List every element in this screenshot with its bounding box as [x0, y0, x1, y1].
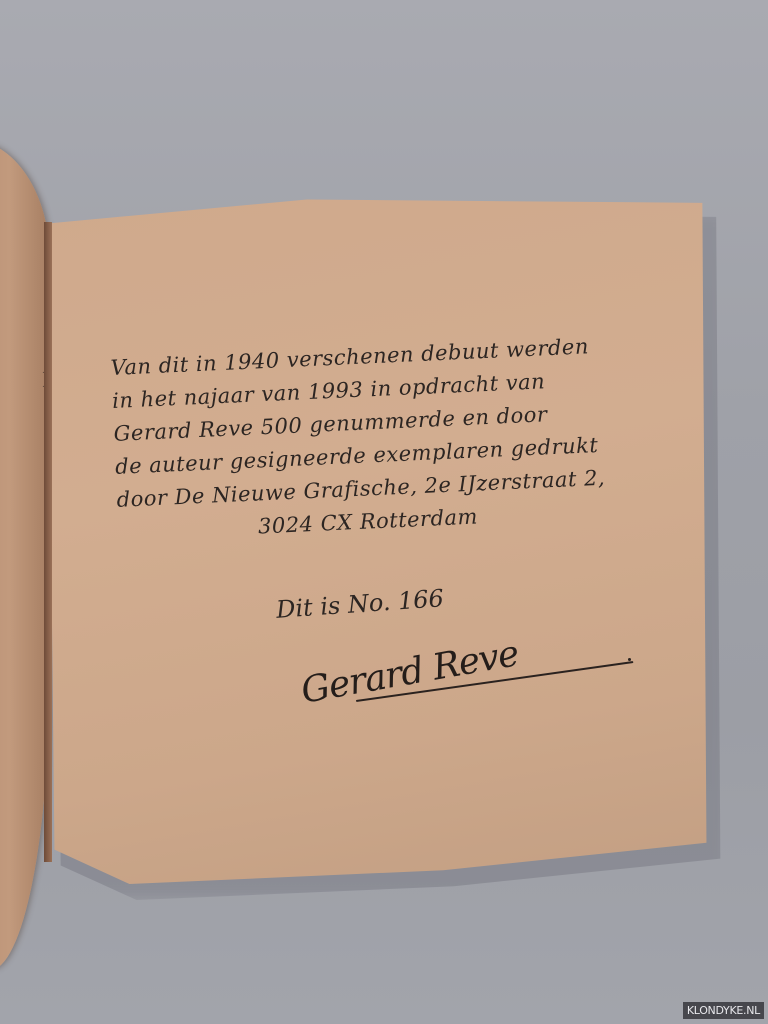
signature-dot — [628, 658, 631, 661]
photo-scene: ...nwerkt ...rugjes Van dit in 1940 vers… — [0, 0, 768, 1024]
handwritten-inscription: Van dit in 1940 verschenen debuut werden… — [110, 327, 678, 550]
watermark: KLONDYKE.NL — [683, 1002, 764, 1019]
left-page — [0, 140, 50, 970]
book-gutter — [44, 222, 52, 862]
